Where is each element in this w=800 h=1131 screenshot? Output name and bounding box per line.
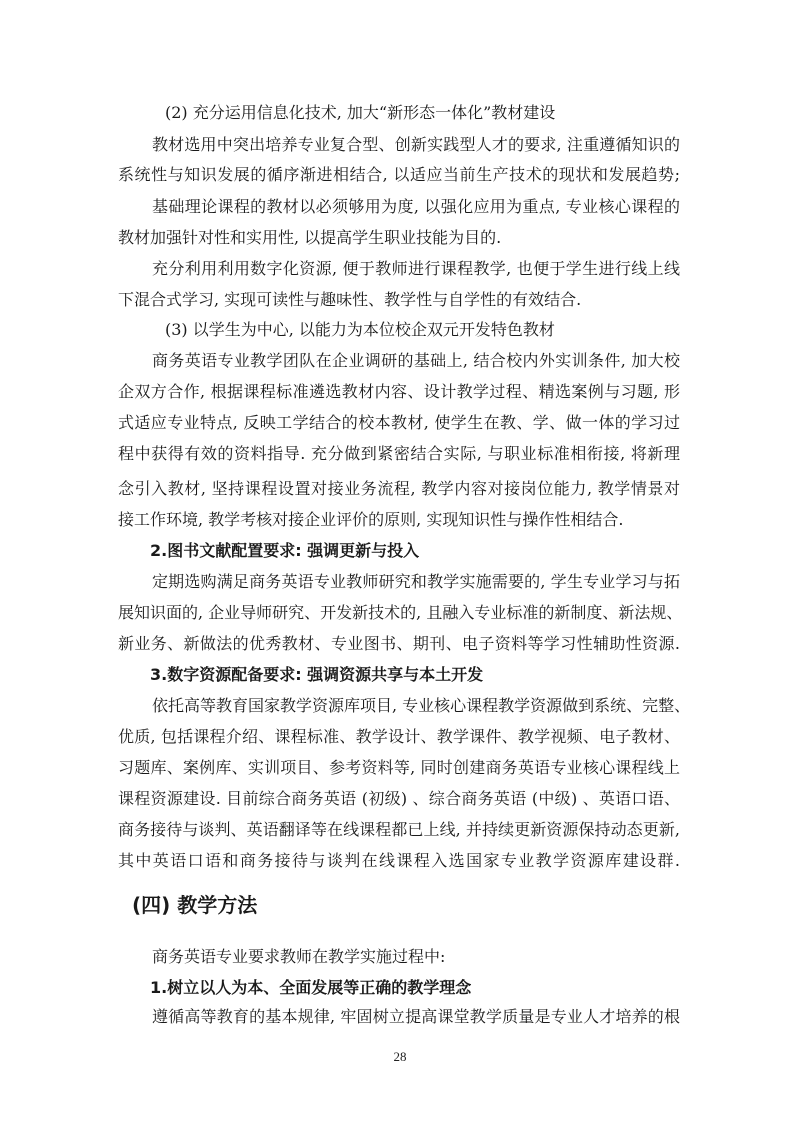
paragraph-line: 习题库、案例库、实训项目、参考资料等, 同时创建商务英语专业核心课程线上 xyxy=(118,756,680,780)
paragraph-line: 课程资源建设. 目前综合商务英语 (初级) 、综合商务英语 (中级) 、英语口语… xyxy=(118,787,680,811)
paragraph-line: 程中获得有效的资料指导. 充分做到紧密结合实际, 与职业标准相衔接, 将新理 xyxy=(118,442,680,466)
section-heading-4: (四) 教学方法 xyxy=(132,891,257,919)
paragraph-line: 展知识面的, 企业导师研究、开发新技术的, 且融入专业标准的新制度、新法规、 xyxy=(118,601,680,625)
paragraph-line: 充分利用利用数字化资源, 便于教师进行课程教学, 也便于学生进行线上线 xyxy=(152,257,680,281)
paragraph-line: 商务英语专业要求教师在教学实施过程中: xyxy=(152,945,445,969)
item-heading-1: 1.树立以人为本、全面发展等正确的教学理念 xyxy=(150,976,471,1000)
paragraph-line: 其中英语口语和商务接待与谈判在线课程入选国家专业教学资源库建设群. xyxy=(118,849,680,873)
paragraph-line: 企双方合作, 根据课程标准遴选教材内容、设计教学过程、精选案例与习题, 形 xyxy=(118,380,680,404)
paragraph-line: 式适应专业特点, 反映工学结合的校本教材, 使学生在教、学、做一体的学习过 xyxy=(118,411,680,435)
paragraph-line: 依托高等教育国家教学资源库项目, 专业核心课程教学资源做到系统、完整、 xyxy=(152,694,680,718)
document-page: (2) 充分运用信息化技术, 加大“新形态一体化”教材建设 教材选用中突出培养专… xyxy=(0,0,800,1131)
subsection-heading-3: (3) 以学生为中心, 以能力为本位校企双元开发特色教材 xyxy=(165,318,555,342)
subsection-heading-2: (2) 充分运用信息化技术, 加大“新形态一体化”教材建设 xyxy=(165,101,555,125)
paragraph-line: 教材选用中突出培养专业复合型、创新实践型人才的要求, 注重遵循知识的 xyxy=(152,133,680,157)
paragraph-line: 念引入教材, 坚持课程设置对接业务流程, 教学内容对接岗位能力, 教学情景对 xyxy=(118,477,680,501)
page-number: 28 xyxy=(0,1048,800,1066)
paragraph-line: 新业务、新做法的优秀教材、专业图书、期刊、电子资料等学习性辅助性资源. xyxy=(118,632,680,656)
paragraph-line: 遵循高等教育的基本规律, 牢固树立提高课堂教学质量是专业人才培养的根 xyxy=(152,1005,680,1029)
paragraph-line: 优质, 包括课程介绍、课程标准、教学设计、教学课件、教学视频、电子教材、 xyxy=(118,725,680,749)
paragraph-line: 商务英语专业教学团队在企业调研的基础上, 结合校内外实训条件, 加大校 xyxy=(152,349,680,373)
item-heading-3: 3.数字资源配备要求: 强调资源共享与本土开发 xyxy=(150,663,483,687)
item-heading-2: 2.图书文献配置要求: 强调更新与投入 xyxy=(150,539,419,563)
paragraph-line: 教材加强针对性和实用性, 以提高学生职业技能为目的. xyxy=(118,226,501,250)
paragraph-line: 基础理论课程的教材以必须够用为度, 以强化应用为重点, 专业核心课程的 xyxy=(152,195,680,219)
paragraph-line: 定期选购满足商务英语专业教师研究和教学实施需要的, 学生专业学习与拓 xyxy=(152,570,680,594)
paragraph-line: 商务接待与谈判、英语翻译等在线课程都已上线, 并持续更新资源保持动态更新, xyxy=(118,818,680,842)
paragraph-line: 系统性与知识发展的循序渐进相结合, 以适应当前生产技术的现状和发展趋势; xyxy=(118,163,680,187)
paragraph-line: 接工作环境, 教学考核对接企业评价的原则, 实现知识性与操作性相结合. xyxy=(118,508,623,532)
paragraph-line: 下混合式学习, 实现可读性与趣味性、教学性与自学性的有效结合. xyxy=(118,288,581,312)
